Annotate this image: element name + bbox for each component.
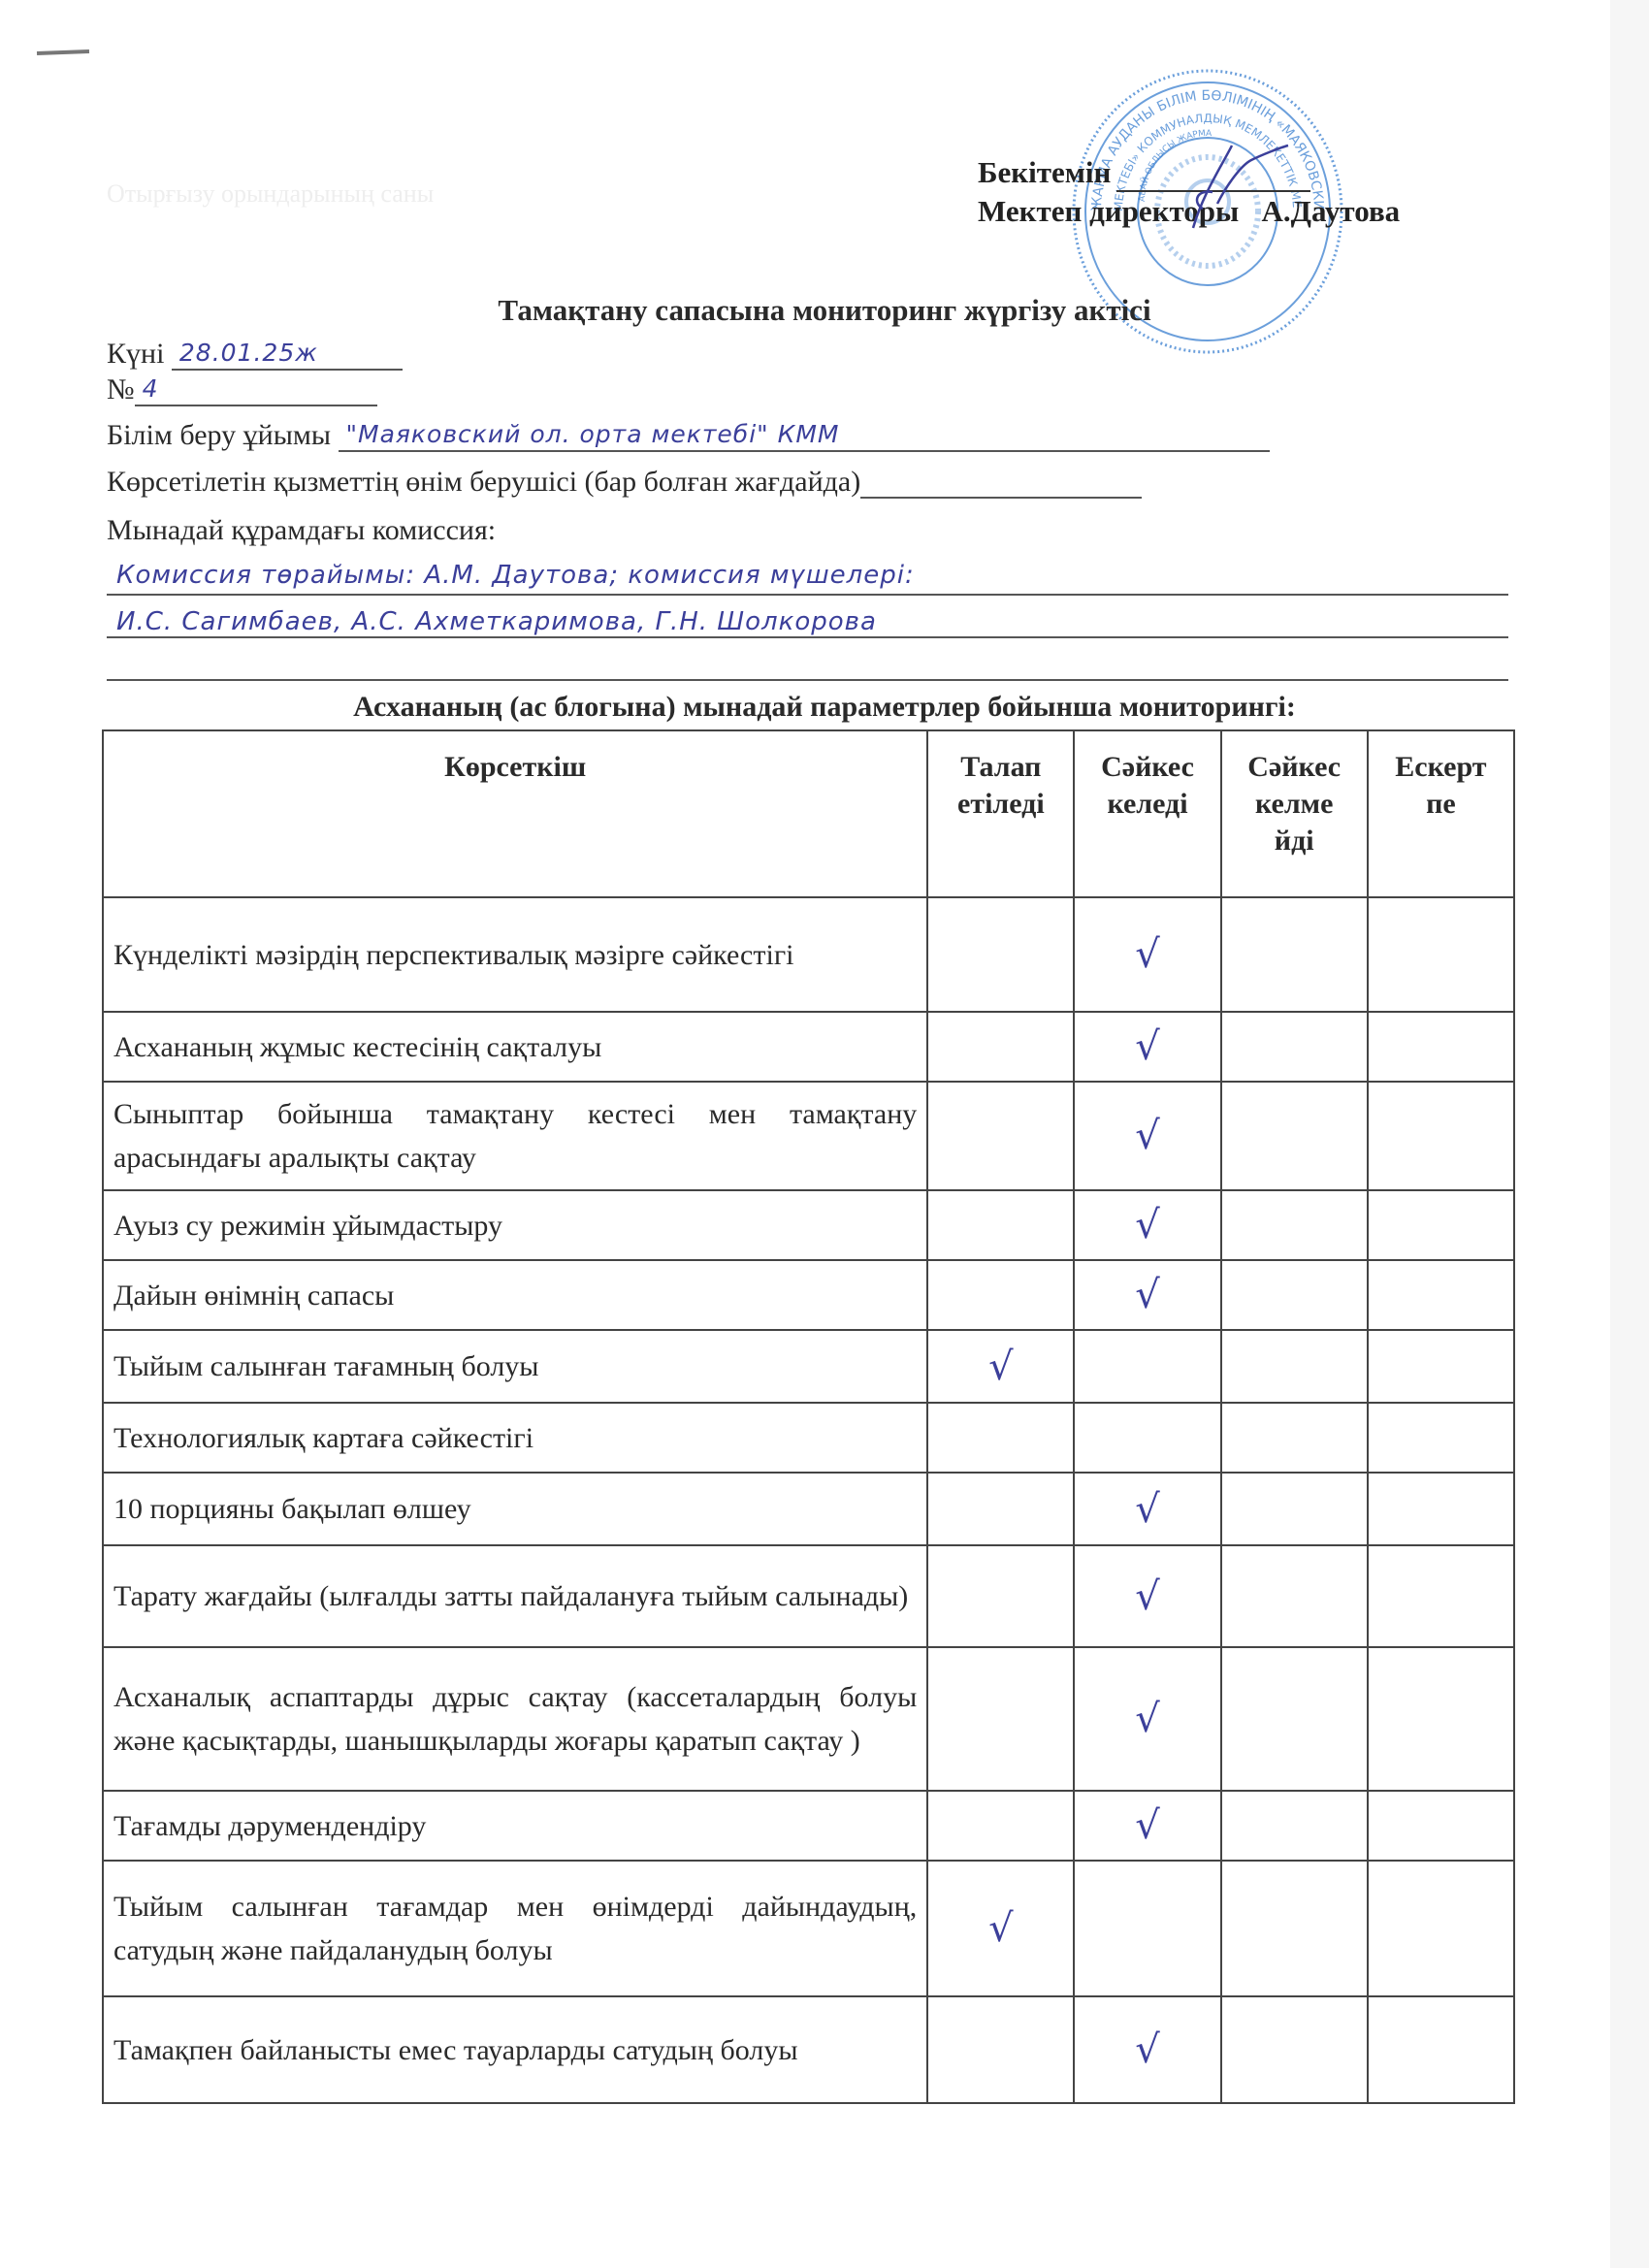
not-complies-cell xyxy=(1221,1473,1368,1545)
checkmark-icon: √ xyxy=(1135,1203,1160,1247)
provider-label: Көрсетілетін қызметтің өнім берушісі (ба… xyxy=(107,466,860,499)
scan-corner-mark xyxy=(37,49,89,55)
note-cell xyxy=(1368,897,1514,1012)
not-complies-cell xyxy=(1221,1791,1368,1861)
indicator-cell: Күнделікті мәзірдің перспективалық мәзір… xyxy=(103,897,927,1012)
required-cell xyxy=(927,1012,1074,1082)
required-cell xyxy=(927,1647,1074,1791)
note-cell xyxy=(1368,1260,1514,1330)
complies-cell: √ xyxy=(1074,1647,1220,1791)
note-cell xyxy=(1368,1330,1514,1403)
commission-line-1: Комиссия төрайымы: А.М. Даутова; комисси… xyxy=(116,561,915,590)
not-complies-cell xyxy=(1221,1330,1368,1403)
org-value: "Маяковский ол. орта мектебі" КММ xyxy=(346,420,840,448)
col-header-note: Ескертпе xyxy=(1368,730,1514,897)
required-cell xyxy=(927,1473,1074,1545)
number-label: № xyxy=(107,373,135,406)
commission-line-2: И.С. Сагимбаев, А.С. Ахметкаримова, Г.Н.… xyxy=(116,607,877,636)
indicator-cell: Сыныптар бойынша тамақтану кестесі мен т… xyxy=(103,1082,927,1190)
indicator-cell: 10 порцияны бақылап өлшеу xyxy=(103,1473,927,1545)
not-complies-cell xyxy=(1221,1190,1368,1260)
complies-cell: √ xyxy=(1074,1545,1220,1647)
note-cell xyxy=(1368,1861,1514,1996)
not-complies-cell xyxy=(1221,1996,1368,2103)
checkmark-icon: √ xyxy=(1135,1114,1160,1158)
col-header-required: Талапетіледі xyxy=(927,730,1074,897)
required-cell xyxy=(927,1545,1074,1647)
complies-cell: √ xyxy=(1074,1791,1220,1861)
date-field: Күні 28.01.25ж xyxy=(107,336,403,371)
number-value: 4 xyxy=(143,374,159,403)
not-complies-cell xyxy=(1221,1012,1368,1082)
note-cell xyxy=(1368,1082,1514,1190)
col-header-not-complies: Сәйкескелмейді xyxy=(1221,730,1368,897)
complies-cell: √ xyxy=(1074,1190,1220,1260)
not-complies-cell xyxy=(1221,1260,1368,1330)
indicator-cell: Тарату жағдайы (ылғалды затты пайдалануғ… xyxy=(103,1545,927,1647)
col-header-indicator: Көрсеткіш xyxy=(103,730,927,897)
note-cell xyxy=(1368,1190,1514,1260)
not-complies-cell xyxy=(1221,1082,1368,1190)
required-cell xyxy=(927,1791,1074,1861)
required-cell xyxy=(927,1403,1074,1473)
note-cell xyxy=(1368,1791,1514,1861)
provider-field: Көрсетілетін қызметтің өнім берушісі (ба… xyxy=(107,464,1142,499)
required-cell xyxy=(927,897,1074,1012)
table-row: Дайын өнімнің сапасы√ xyxy=(103,1260,1514,1330)
org-label: Білім беру ұйымы xyxy=(107,419,331,452)
not-complies-cell xyxy=(1221,1545,1368,1647)
table-row: Ауыз су режимін ұйымдастыру√ xyxy=(103,1190,1514,1260)
not-complies-cell xyxy=(1221,1403,1368,1473)
note-cell xyxy=(1368,1403,1514,1473)
indicator-cell: Асхананың жұмыс кестесінің сақталуы xyxy=(103,1012,927,1082)
note-cell xyxy=(1368,1473,1514,1545)
indicator-cell: Ауыз су режимін ұйымдастыру xyxy=(103,1190,927,1260)
table-row: Тыйым салынған тағамның болуы√ xyxy=(103,1330,1514,1403)
number-field: № 4 xyxy=(107,372,377,406)
indicator-cell: Асханалық аспаптарды дұрыс сақтау (кассе… xyxy=(103,1647,927,1791)
complies-cell: √ xyxy=(1074,1012,1220,1082)
indicator-cell: Тамақпен байланысты емес тауарларды сату… xyxy=(103,1996,927,2103)
not-complies-cell xyxy=(1221,1861,1368,1996)
table-row: Тағамды дәрумендендіру√ xyxy=(103,1791,1514,1861)
table-row: 10 порцияны бақылап өлшеу√ xyxy=(103,1473,1514,1545)
note-cell xyxy=(1368,1996,1514,2103)
signature-icon xyxy=(1174,136,1290,243)
table-row: Күнделікті мәзірдің перспективалық мәзір… xyxy=(103,897,1514,1012)
document-title: Тамақтану сапасына мониторинг жүргізу ак… xyxy=(0,293,1649,328)
table-row: Тарату жағдайы (ылғалды затты пайдалануғ… xyxy=(103,1545,1514,1647)
org-field: Білім беру ұйымы "Маяковский ол. орта ме… xyxy=(107,417,1270,452)
complies-cell: √ xyxy=(1074,1996,1220,2103)
checkmark-icon: √ xyxy=(1135,1697,1160,1741)
indicator-cell: Тыйым салынған тағамдар мен өнімдерді да… xyxy=(103,1861,927,1996)
commission-label: Мынадай құрамдағы комиссия: xyxy=(107,514,496,547)
table-heading: Асхананың (ас блогына) мынадай параметрл… xyxy=(0,691,1649,724)
monitoring-table: Көрсеткіш Талапетіледі Сәйкескеледі Сәйк… xyxy=(102,729,1515,2104)
indicator-cell: Тыйым салынған тағамның болуы xyxy=(103,1330,927,1403)
complies-cell: √ xyxy=(1074,897,1220,1012)
table-row: Тамақпен байланысты емес тауарларды сату… xyxy=(103,1996,1514,2103)
commission-rule-1 xyxy=(107,594,1508,596)
table-row: Асханалық аспаптарды дұрыс сақтау (кассе… xyxy=(103,1647,1514,1791)
checkmark-icon: √ xyxy=(1135,1024,1160,1069)
table-row: Тыйым салынған тағамдар мен өнімдерді да… xyxy=(103,1861,1514,1996)
checkmark-icon: √ xyxy=(1135,1574,1160,1619)
col-header-complies: Сәйкескеледі xyxy=(1074,730,1220,897)
approve-label: Бекітемін xyxy=(978,153,1111,192)
checkmark-icon: √ xyxy=(1135,1487,1160,1532)
date-value: 28.01.25ж xyxy=(179,339,318,367)
scan-page-edge xyxy=(1610,0,1649,2268)
commission-rule-3 xyxy=(107,679,1508,681)
required-cell xyxy=(927,1996,1074,2103)
indicator-cell: Технологиялық картаға сәйкестігі xyxy=(103,1403,927,1473)
checkmark-icon: √ xyxy=(1135,2027,1160,2072)
required-cell xyxy=(927,1082,1074,1190)
commission-rule-2 xyxy=(107,636,1508,638)
table-row: Сыныптар бойынша тамақтану кестесі мен т… xyxy=(103,1082,1514,1190)
date-label: Күні xyxy=(107,338,164,371)
complies-cell xyxy=(1074,1861,1220,1996)
table-row: Асхананың жұмыс кестесінің сақталуы√ xyxy=(103,1012,1514,1082)
checkmark-icon: √ xyxy=(1135,1803,1160,1848)
not-complies-cell xyxy=(1221,897,1368,1012)
required-cell: √ xyxy=(927,1330,1074,1403)
checkmark-icon: √ xyxy=(1135,1273,1160,1317)
table-row: Технологиялық картаға сәйкестігі xyxy=(103,1403,1514,1473)
note-cell xyxy=(1368,1545,1514,1647)
complies-cell: √ xyxy=(1074,1260,1220,1330)
checkmark-icon: √ xyxy=(1135,932,1160,977)
table-header-row: Көрсеткіш Талапетіледі Сәйкескеледі Сәйк… xyxy=(103,730,1514,897)
required-cell xyxy=(927,1260,1074,1330)
required-cell: √ xyxy=(927,1861,1074,1996)
complies-cell: √ xyxy=(1074,1082,1220,1190)
note-cell xyxy=(1368,1012,1514,1082)
required-cell xyxy=(927,1190,1074,1260)
not-complies-cell xyxy=(1221,1647,1368,1791)
indicator-cell: Тағамды дәрумендендіру xyxy=(103,1791,927,1861)
indicator-cell: Дайын өнімнің сапасы xyxy=(103,1260,927,1330)
checkmark-icon: √ xyxy=(988,1345,1014,1389)
complies-cell: √ xyxy=(1074,1473,1220,1545)
checkmark-icon: √ xyxy=(988,1906,1014,1951)
complies-cell xyxy=(1074,1330,1220,1403)
note-cell xyxy=(1368,1647,1514,1791)
bleed-through-text: Отырғызу орындарының саны xyxy=(107,179,434,209)
complies-cell xyxy=(1074,1403,1220,1473)
